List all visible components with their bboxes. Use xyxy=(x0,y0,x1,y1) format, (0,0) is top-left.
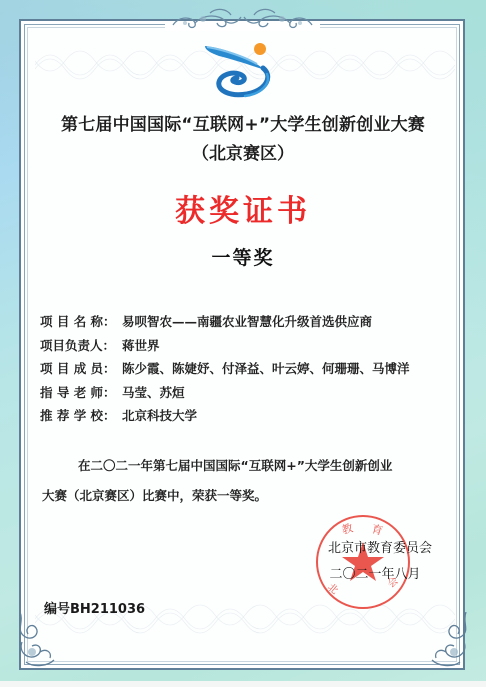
official-seal-icon: 教 育 北 会 xyxy=(313,512,413,612)
detail-value: 易呗智农——南疆农业智慧化升级首选供应商 xyxy=(122,312,372,336)
detail-value: 陈少霞、陈婕妤、付泽益、叶云婷、何珊珊、马博洋 xyxy=(122,359,410,383)
detail-row-project-leader: 项目负责人： 蒋世界 xyxy=(40,336,460,360)
detail-label: 推 荐 学 校： xyxy=(40,406,122,430)
award-statement: 在二〇二一年第七届中国国际“互联网+”大学生创新创业 大赛（北京赛区）比赛中，荣… xyxy=(42,451,462,511)
statement-text-1: 在二〇二一年第七届中国国际“互联网+”大学生创新创业 xyxy=(78,458,392,473)
svg-text:北: 北 xyxy=(325,581,340,597)
project-details: 项 目 名 称： 易呗智农——南疆农业智慧化升级首选供应商 项目负责人： 蒋世界… xyxy=(40,312,460,430)
certificate-number: 编号BH211036 xyxy=(44,598,145,617)
detail-row-advisors: 指 导 老 师： 马莹、苏烜 xyxy=(40,383,460,407)
competition-title: 第七届中国国际“互联网+”大学生创新创业大赛 xyxy=(0,110,486,135)
detail-label: 项 目 成 员： xyxy=(40,359,122,383)
detail-value: 北京科技大学 xyxy=(122,406,197,430)
statement-line-1: 在二〇二一年第七届中国国际“互联网+”大学生创新创业 xyxy=(42,451,462,481)
certificate-page: + 第七届中国国际“互联网+”大学生创新创业大赛 （北京赛区） 获奖证书 一等奖… xyxy=(0,0,486,687)
detail-value: 马莹、苏烜 xyxy=(122,383,185,407)
corner-ornament-bottom-right-icon xyxy=(422,612,472,672)
competition-region: （北京赛区） xyxy=(0,139,486,164)
scan-edge xyxy=(0,681,486,687)
award-level: 一等奖 xyxy=(0,243,486,270)
svg-text:育: 育 xyxy=(370,521,384,537)
detail-label: 项 目 名 称： xyxy=(40,312,122,336)
svg-text:教: 教 xyxy=(340,521,354,537)
competition-logo-icon: + xyxy=(195,40,290,98)
top-ornament-icon xyxy=(165,5,320,31)
corner-ornament-bottom-left-icon xyxy=(14,612,64,672)
detail-value: 蒋世界 xyxy=(122,336,160,360)
detail-row-school: 推 荐 学 校： 北京科技大学 xyxy=(40,406,460,430)
detail-label: 指 导 老 师： xyxy=(40,383,122,407)
issue-date: 二〇二一年八月 xyxy=(300,563,450,582)
certificate-heading: 获奖证书 xyxy=(0,186,486,230)
detail-label: 项目负责人： xyxy=(40,336,122,360)
statement-line-2: 大赛（北京赛区）比赛中，荣获一等奖。 xyxy=(42,481,462,511)
issuing-authority: 北京市教育委员会 xyxy=(300,537,460,556)
detail-row-team-members: 项 目 成 员： 陈少霞、陈婕妤、付泽益、叶云婷、何珊珊、马博洋 xyxy=(40,359,460,383)
svg-text:+: + xyxy=(247,82,253,90)
detail-row-project-name: 项 目 名 称： 易呗智农——南疆农业智慧化升级首选供应商 xyxy=(40,312,460,336)
